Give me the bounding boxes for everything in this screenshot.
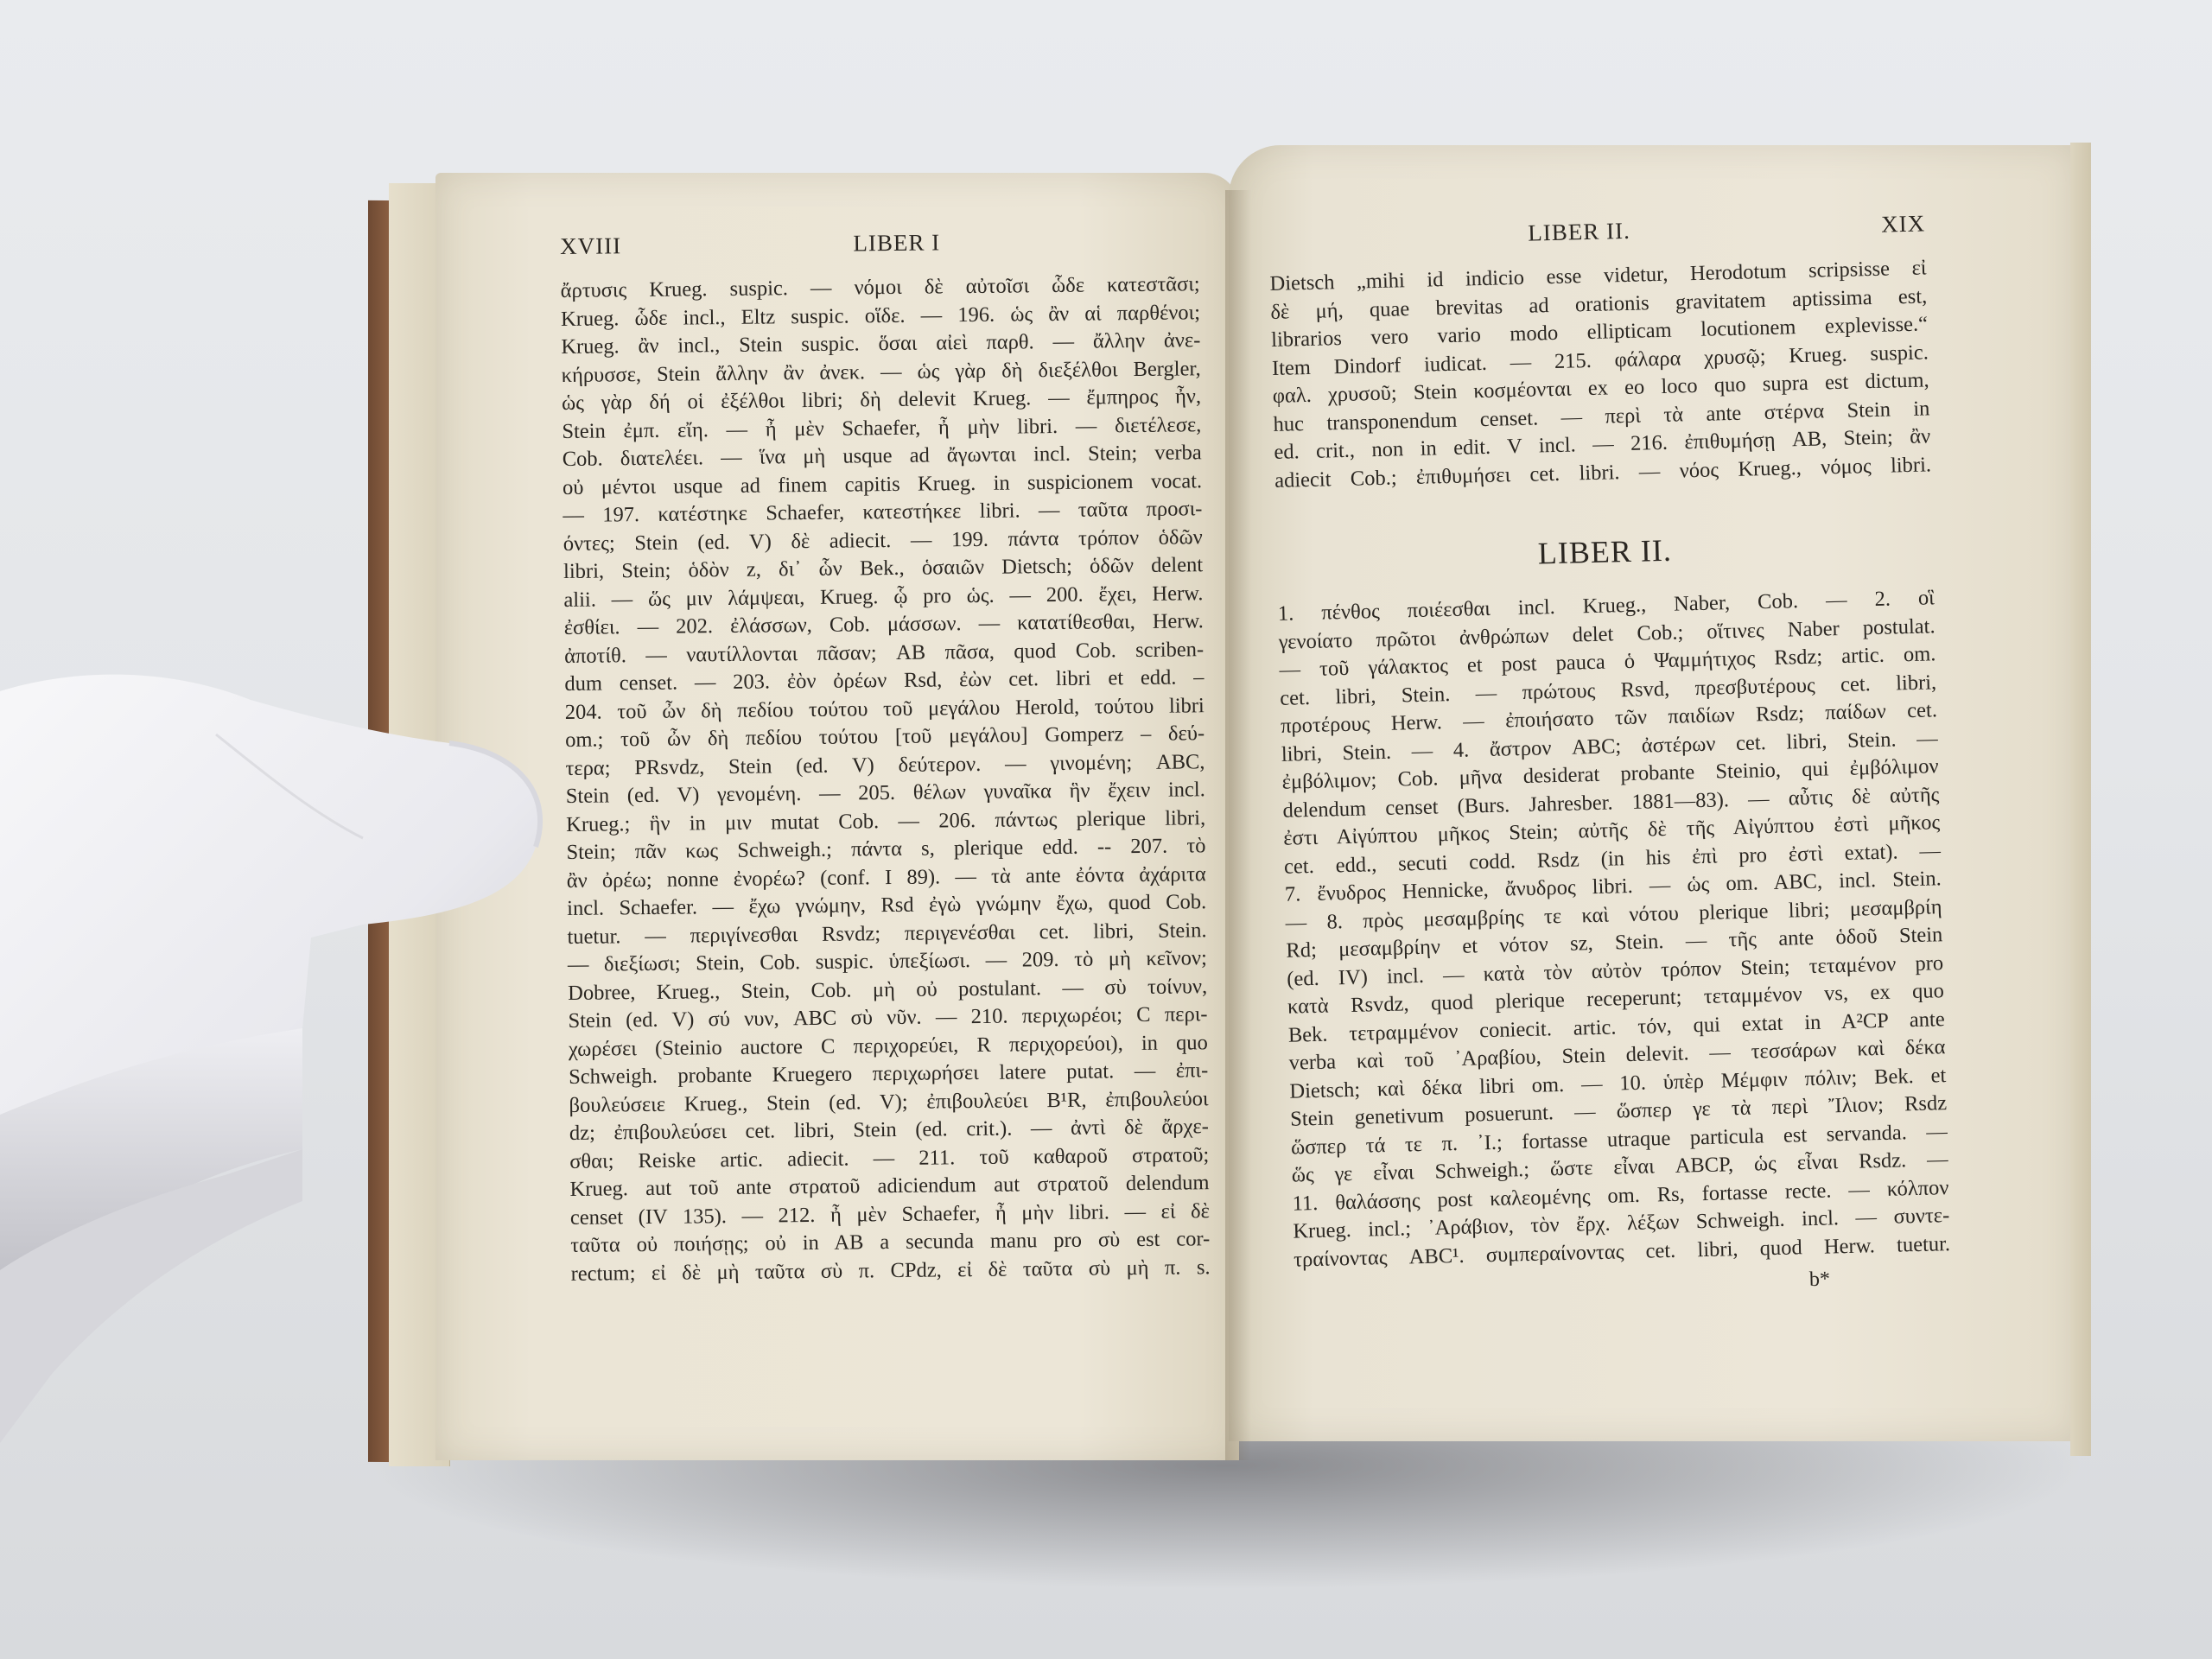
- left-page-text: XVIII LIBER I ἄρτυσις Krueg. suspic. — ν…: [560, 226, 1211, 1288]
- right-page-text: LIBER II. XIX Dietsch „mihi id indicio e…: [1268, 210, 1951, 1304]
- left-folio: XVIII: [560, 232, 621, 260]
- right-running-title: LIBER II.: [1528, 218, 1630, 247]
- liber-ii-apparatus: 1. πένθος ποιέεσθαι incl. Krueg., Naber,…: [1278, 584, 1951, 1274]
- left-apparatus: ἄρτυσις Krueg. suspic. — νόμοι δὲ αὐτοῖσ…: [561, 270, 1211, 1288]
- left-running-title: LIBER I: [853, 229, 940, 257]
- section-title: LIBER II.: [1276, 525, 1934, 578]
- right-page-stack: [2070, 143, 2091, 1456]
- gloved-hand-icon: [0, 665, 570, 1443]
- left-running-head: XVIII LIBER I: [560, 226, 1199, 260]
- right-apparatus-continued: Dietsch „mihi id indicio esse videtur, H…: [1269, 254, 1931, 494]
- book-gutter: [1225, 190, 1251, 1460]
- right-folio: XIX: [1881, 210, 1926, 238]
